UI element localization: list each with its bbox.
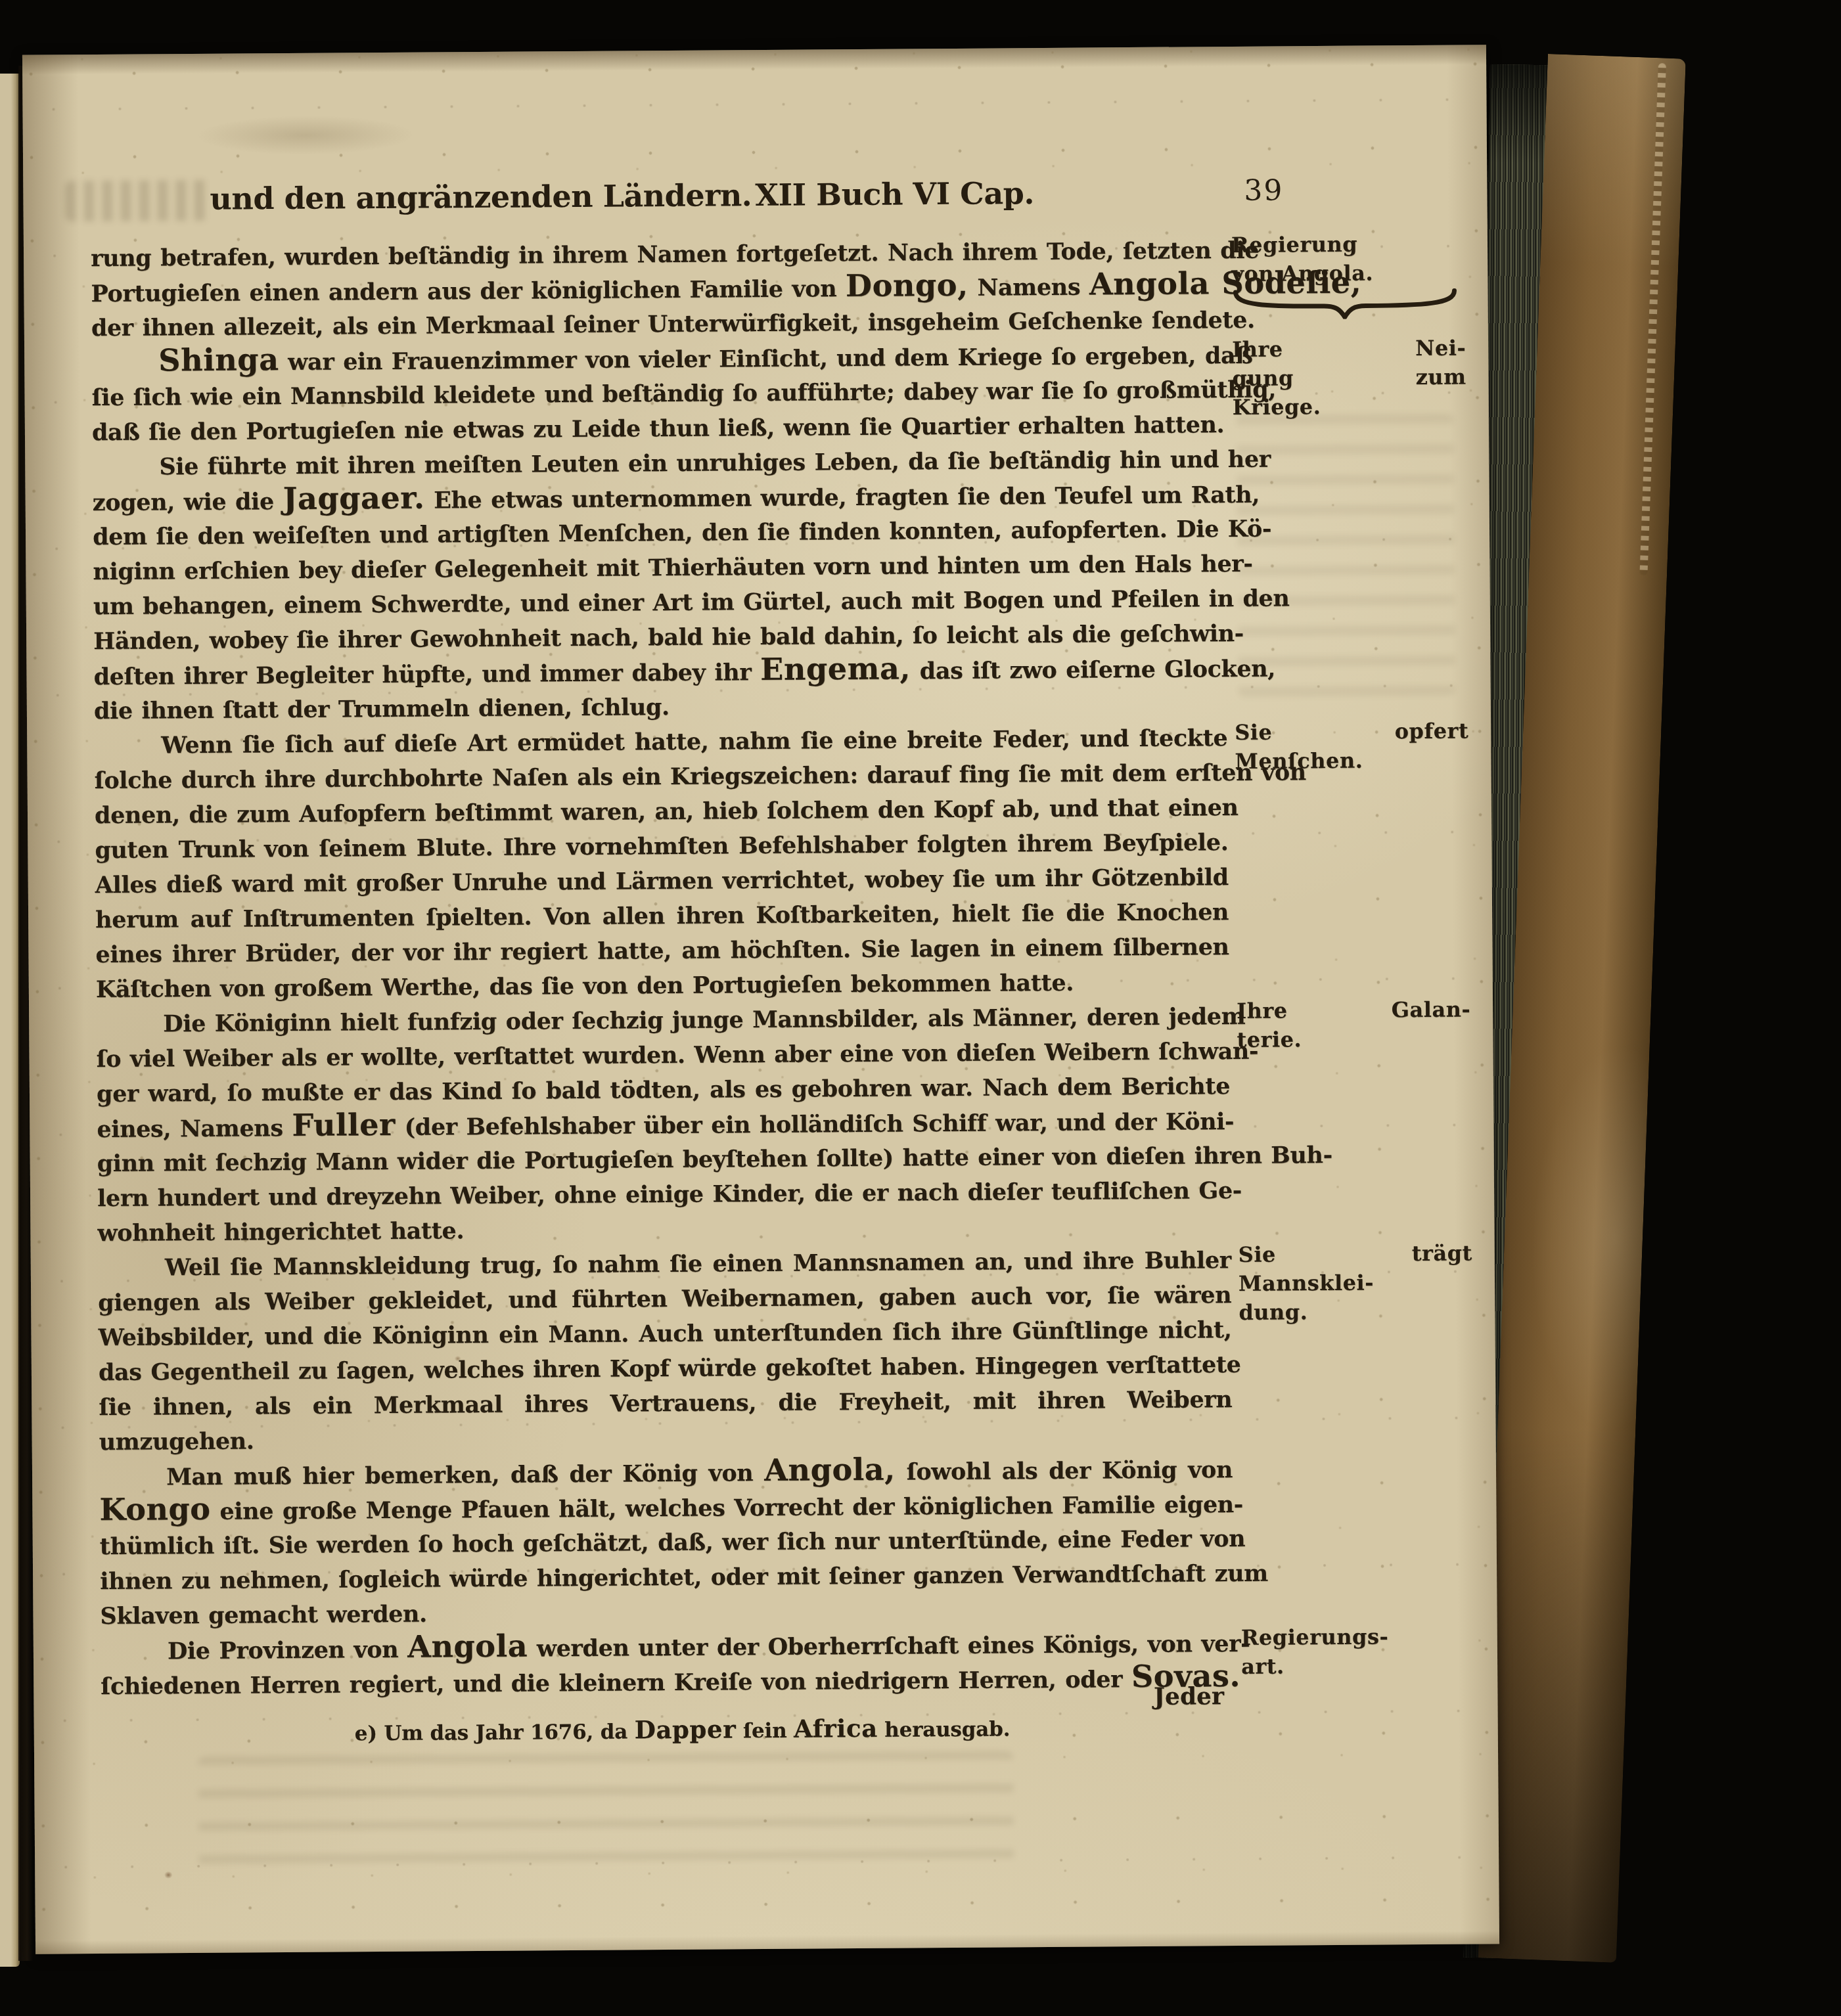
footnote: e) Um das Jahr 1676, da Dapper ſein Afri… (355, 1714, 1275, 1746)
margin-note-line: Ihre Galan- (1237, 995, 1470, 1025)
brace-flourish (1231, 288, 1458, 320)
emphasized-name: Fuller (292, 1107, 396, 1143)
margin-note: Ihre Galan-terie. (1237, 995, 1471, 1054)
emphasized-name: Engema, (760, 650, 911, 687)
scanned-book-photo: { "page": { "header": { "running_title":… (0, 0, 1841, 2016)
underlying-page-edge (0, 74, 20, 1967)
margin-note-line: Sie trägt (1239, 1238, 1472, 1268)
text-line: ſchiedenen Herren regiert, und die klein… (101, 1661, 1234, 1703)
running-title: und den angränzenden Ländern. (210, 177, 752, 217)
margin-note-line: Kriege. (1233, 391, 1466, 421)
emphasized-name: Africa (794, 1714, 878, 1743)
margin-note: Ihre Nei-gung zumKriege. (1232, 333, 1466, 421)
margin-note-line: Regierung (1231, 229, 1465, 259)
margin-note: Sie trägtMannsklei-dung. (1239, 1238, 1473, 1326)
margin-note-line: dung. (1239, 1296, 1472, 1326)
margin-note: Regierungs-art. (1241, 1621, 1476, 1680)
book-chapter-heading: XII Buch VI Cap. (755, 175, 1034, 213)
show-through-smudge (198, 1751, 1014, 1868)
margin-note-line: Mannsklei- (1239, 1267, 1472, 1297)
emphasized-name: Angola (407, 1628, 528, 1665)
body-text: rung betrafen, wurden beſtändig in ihrem… (91, 233, 1234, 1703)
emphasized-name: Dapper (634, 1714, 736, 1744)
margin-note-line: von Angola. (1231, 258, 1465, 288)
emphasized-name: Dongo, (846, 267, 968, 303)
emphasized-name: Shinga (158, 342, 279, 378)
margin-note-line: Sie opfert (1235, 716, 1468, 746)
margin-note: Sie opfertMenſchen. (1235, 716, 1469, 775)
margin-note: Regierungvon Angola. (1231, 229, 1466, 319)
emphasized-name: Jaggaer. (283, 480, 424, 517)
emphasized-name: Angola, (764, 1452, 896, 1488)
catchword: Jeder (1116, 1682, 1261, 1711)
margin-note-line: Ihre Nei- (1232, 333, 1466, 363)
emphasized-name: Kongo (99, 1491, 210, 1527)
margin-note-line: gung zum (1232, 362, 1466, 392)
margin-note-line: Menſchen. (1235, 745, 1468, 775)
margin-note-line: art. (1241, 1650, 1475, 1680)
margin-notes: Regierungvon Angola.Ihre Nei-gung zumKri… (1230, 45, 1477, 1945)
margin-note-line: Regierungs- (1241, 1621, 1475, 1651)
margin-note-line: terie. (1237, 1023, 1470, 1054)
book-page: und den angränzenden Ländern. XII Buch V… (22, 45, 1499, 1954)
